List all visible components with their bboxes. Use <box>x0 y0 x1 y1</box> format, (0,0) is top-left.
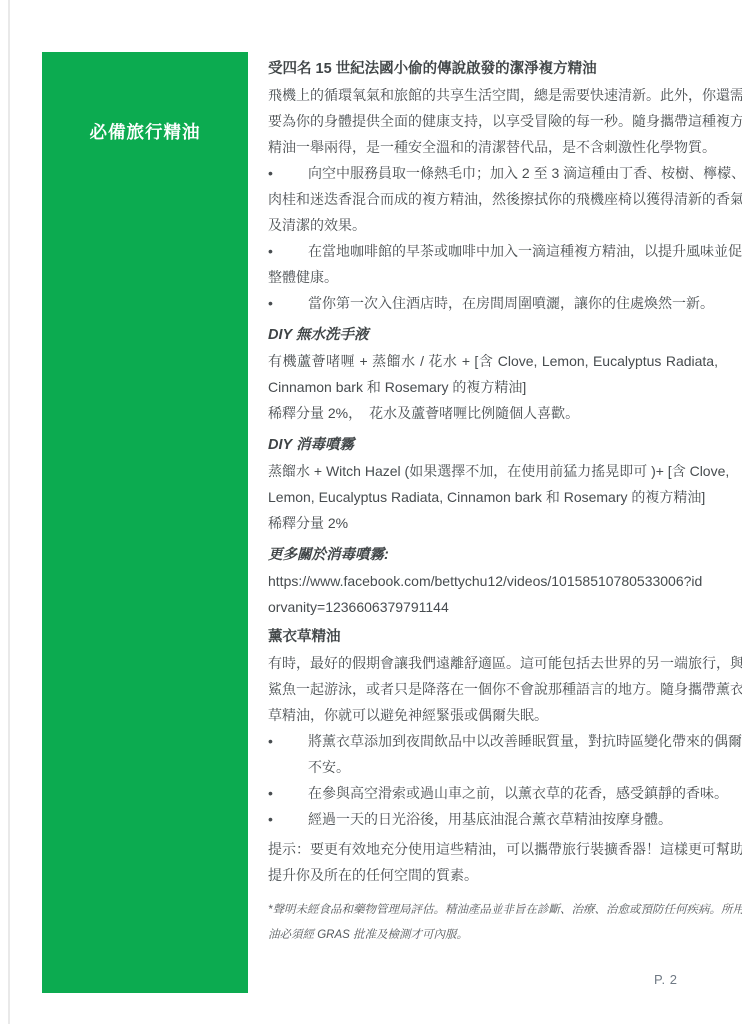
bullet-icon: • <box>268 728 308 754</box>
document-content: 受四名 15 世紀法國小偷的傳說啟發的潔淨複方精油飛機上的循環氧氣和旅館的共享生… <box>268 56 718 948</box>
bullet-first-line: •向空中服務員取一條熱毛巾；加入 2 至 3 滴這種由丁香、桉樹、檸檬、 <box>268 160 718 186</box>
tip-line: 提升你及所在的任何空間的質素。 <box>268 862 718 888</box>
heading-text: 受四名 15 世紀法國小偷的傳說啟發的潔淨複方精油 <box>268 56 718 82</box>
bullet-list: •向空中服務員取一條熱毛巾；加入 2 至 3 滴這種由丁香、桉樹、檸檬、肉桂和迷… <box>268 160 718 316</box>
section-subheading: 更多關於消毒噴霧: <box>268 542 718 568</box>
text-line: 鯊魚一起游泳，或者只是降落在一個你不會說那種語言的地方。隨身攜帶薰衣 <box>268 676 718 702</box>
bullet-first-line: •當你第一次入住酒店時，在房間周圍噴灑，讓你的住處煥然一新。 <box>268 290 718 316</box>
bullet-text: 經過一天的日光浴後，用基底油混合薰衣草精油按摩身體。 <box>308 811 672 827</box>
paragraph: 蒸餾水 + Witch Hazel (如果選擇不加，在使用前猛力搖晃即可 )+ … <box>268 458 718 536</box>
bullet-item: •向空中服務員取一條熱毛巾；加入 2 至 3 滴這種由丁香、桉樹、檸檬、肉桂和迷… <box>268 160 718 238</box>
heading-text: DIY 無水洗手液 <box>268 322 718 348</box>
section-heading: 受四名 15 世紀法國小偷的傳說啟發的潔淨複方精油 <box>268 56 718 82</box>
section-subheading: DIY 消毒噴霧 <box>268 432 718 458</box>
heading-text: DIY 消毒噴霧 <box>268 432 718 458</box>
text-line: 精油一舉兩得，是一種安全溫和的清潔替代品，是不含刺激性化學物質。 <box>268 134 718 160</box>
bullet-text: 當你第一次入住酒店時，在房間周圍噴灑，讓你的住處煥然一新。 <box>308 295 714 311</box>
bullet-item: •當你第一次入住酒店時，在房間周圍噴灑，讓你的住處煥然一新。 <box>268 290 718 316</box>
heading-text: 薰衣草精油 <box>268 624 718 650</box>
facebook-url-line[interactable]: orvanity=1236606379791144 <box>268 594 718 620</box>
tip-paragraph: 提示：要更有效地充分使用這些精油，可以攜帶旅行裝擴香器！這樣更可幫助提升你及所在… <box>268 836 718 888</box>
bullet-item: •在參與高空滑索或過山車之前，以薰衣草的花香，感受鎮靜的香味。 <box>268 780 718 806</box>
text-line: 稀釋分量 2%， 花水及蘆薈啫喱比例隨個人喜歡。 <box>268 400 718 426</box>
bullet-wrap-line: 不安。 <box>308 754 718 780</box>
bullet-wrap-line: 及清潔的效果。 <box>268 212 718 238</box>
bullet-first-line: •在參與高空滑索或過山車之前，以薰衣草的花香，感受鎮靜的香味。 <box>308 780 718 806</box>
bullet-icon: • <box>268 780 308 806</box>
facebook-url: https://www.facebook.com/bettychu12/vide… <box>268 568 718 620</box>
facebook-url-line[interactable]: https://www.facebook.com/bettychu12/vide… <box>268 568 718 594</box>
text-line: 要為你的身體提供全面的健康支持，以享受冒險的每一秒。隨身攜帶這種複方 <box>268 108 718 134</box>
section-subheading: DIY 無水洗手液 <box>268 322 718 348</box>
bullet-text: 向空中服務員取一條熱毛巾；加入 2 至 3 滴這種由丁香、桉樹、檸檬、 <box>308 165 742 181</box>
paragraph: 飛機上的循環氧氣和旅館的共享生活空間，總是需要快速清新。此外，你還需要為你的身體… <box>268 82 718 160</box>
footnote-line: 油必須經 GRAS 批准及檢測才可內服。 <box>268 923 718 948</box>
text-line: 草精油，你就可以避免神經緊張或偶爾失眠。 <box>268 702 718 728</box>
green-sidebar: 必備旅行精油 <box>42 52 248 993</box>
section-heading: 薰衣草精油 <box>268 624 718 650</box>
bullet-wrap-line: 肉桂和迷迭香混合而成的複方精油，然後擦拭你的飛機座椅以獲得清新的香氣 <box>268 186 718 212</box>
bullet-text: 將薰衣草添加到夜間飲品中以改善睡眠質量，對抗時區變化帶來的偶爾的 <box>308 733 742 749</box>
bullet-item: •在當地咖啡館的早茶或咖啡中加入一滴這種複方精油，以提升風味並促進整體健康。 <box>268 238 718 290</box>
bullet-icon: • <box>268 238 308 264</box>
text-line: 蒸餾水 + Witch Hazel (如果選擇不加，在使用前猛力搖晃即可 )+ … <box>268 458 718 484</box>
paragraph: 有時，最好的假期會讓我們遠離舒適區。這可能包括去世界的另一端旅行，與鯊魚一起游泳… <box>268 650 718 728</box>
bullet-item: •將薰衣草添加到夜間飲品中以改善睡眠質量，對抗時區變化帶來的偶爾的不安。 <box>268 728 718 780</box>
bullet-icon: • <box>268 160 308 186</box>
footnote: *聲明未經食品和藥物管理局評估。精油產品並非旨在診斷、治療、治愈或預防任何疾病。… <box>268 898 718 948</box>
bullet-icon: • <box>268 290 308 316</box>
page-edge-line <box>8 0 10 1024</box>
page-number: P. 2 <box>654 972 677 987</box>
text-line: 有機蘆薈啫喱 + 蒸餾水 / 花水 + [含 Clove, Lemon, Euc… <box>268 348 718 374</box>
tip-line: 提示：要更有效地充分使用這些精油，可以攜帶旅行裝擴香器！這樣更可幫助 <box>268 836 718 862</box>
document-page: { "colors":{ "accent_green":"#0cab50", "… <box>0 0 742 1024</box>
text-line: 有時，最好的假期會讓我們遠離舒適區。這可能包括去世界的另一端旅行，與 <box>268 650 718 676</box>
bullet-wrap-line: 整體健康。 <box>268 264 718 290</box>
text-line: 飛機上的循環氧氣和旅館的共享生活空間，總是需要快速清新。此外，你還需 <box>268 82 718 108</box>
text-line: Lemon, Eucalyptus Radiata, Cinnamon bark… <box>268 484 718 510</box>
text-line: 稀釋分量 2% <box>268 510 718 536</box>
text-line: Cinnamon bark 和 Rosemary 的複方精油] <box>268 374 718 400</box>
footnote-line: *聲明未經食品和藥物管理局評估。精油產品並非旨在診斷、治療、治愈或預防任何疾病。… <box>268 898 718 923</box>
bullet-first-line: •經過一天的日光浴後，用基底油混合薰衣草精油按摩身體。 <box>308 806 718 832</box>
sidebar-title: 必備旅行精油 <box>42 119 248 146</box>
bullet-icon: • <box>268 806 308 832</box>
bullet-item: •經過一天的日光浴後，用基底油混合薰衣草精油按摩身體。 <box>268 806 718 832</box>
bullet-first-line: •將薰衣草添加到夜間飲品中以改善睡眠質量，對抗時區變化帶來的偶爾的 <box>308 728 718 754</box>
paragraph: 有機蘆薈啫喱 + 蒸餾水 / 花水 + [含 Clove, Lemon, Euc… <box>268 348 718 426</box>
bullet-first-line: •在當地咖啡館的早茶或咖啡中加入一滴這種複方精油，以提升風味並促進 <box>268 238 718 264</box>
bullet-text: 在參與高空滑索或過山車之前，以薰衣草的花香，感受鎮靜的香味。 <box>308 785 728 801</box>
heading-text: 更多關於消毒噴霧: <box>268 542 718 568</box>
bullet-list: •將薰衣草添加到夜間飲品中以改善睡眠質量，對抗時區變化帶來的偶爾的不安。•在參與… <box>268 728 718 832</box>
bullet-text: 在當地咖啡館的早茶或咖啡中加入一滴這種複方精油，以提升風味並促進 <box>308 243 742 259</box>
